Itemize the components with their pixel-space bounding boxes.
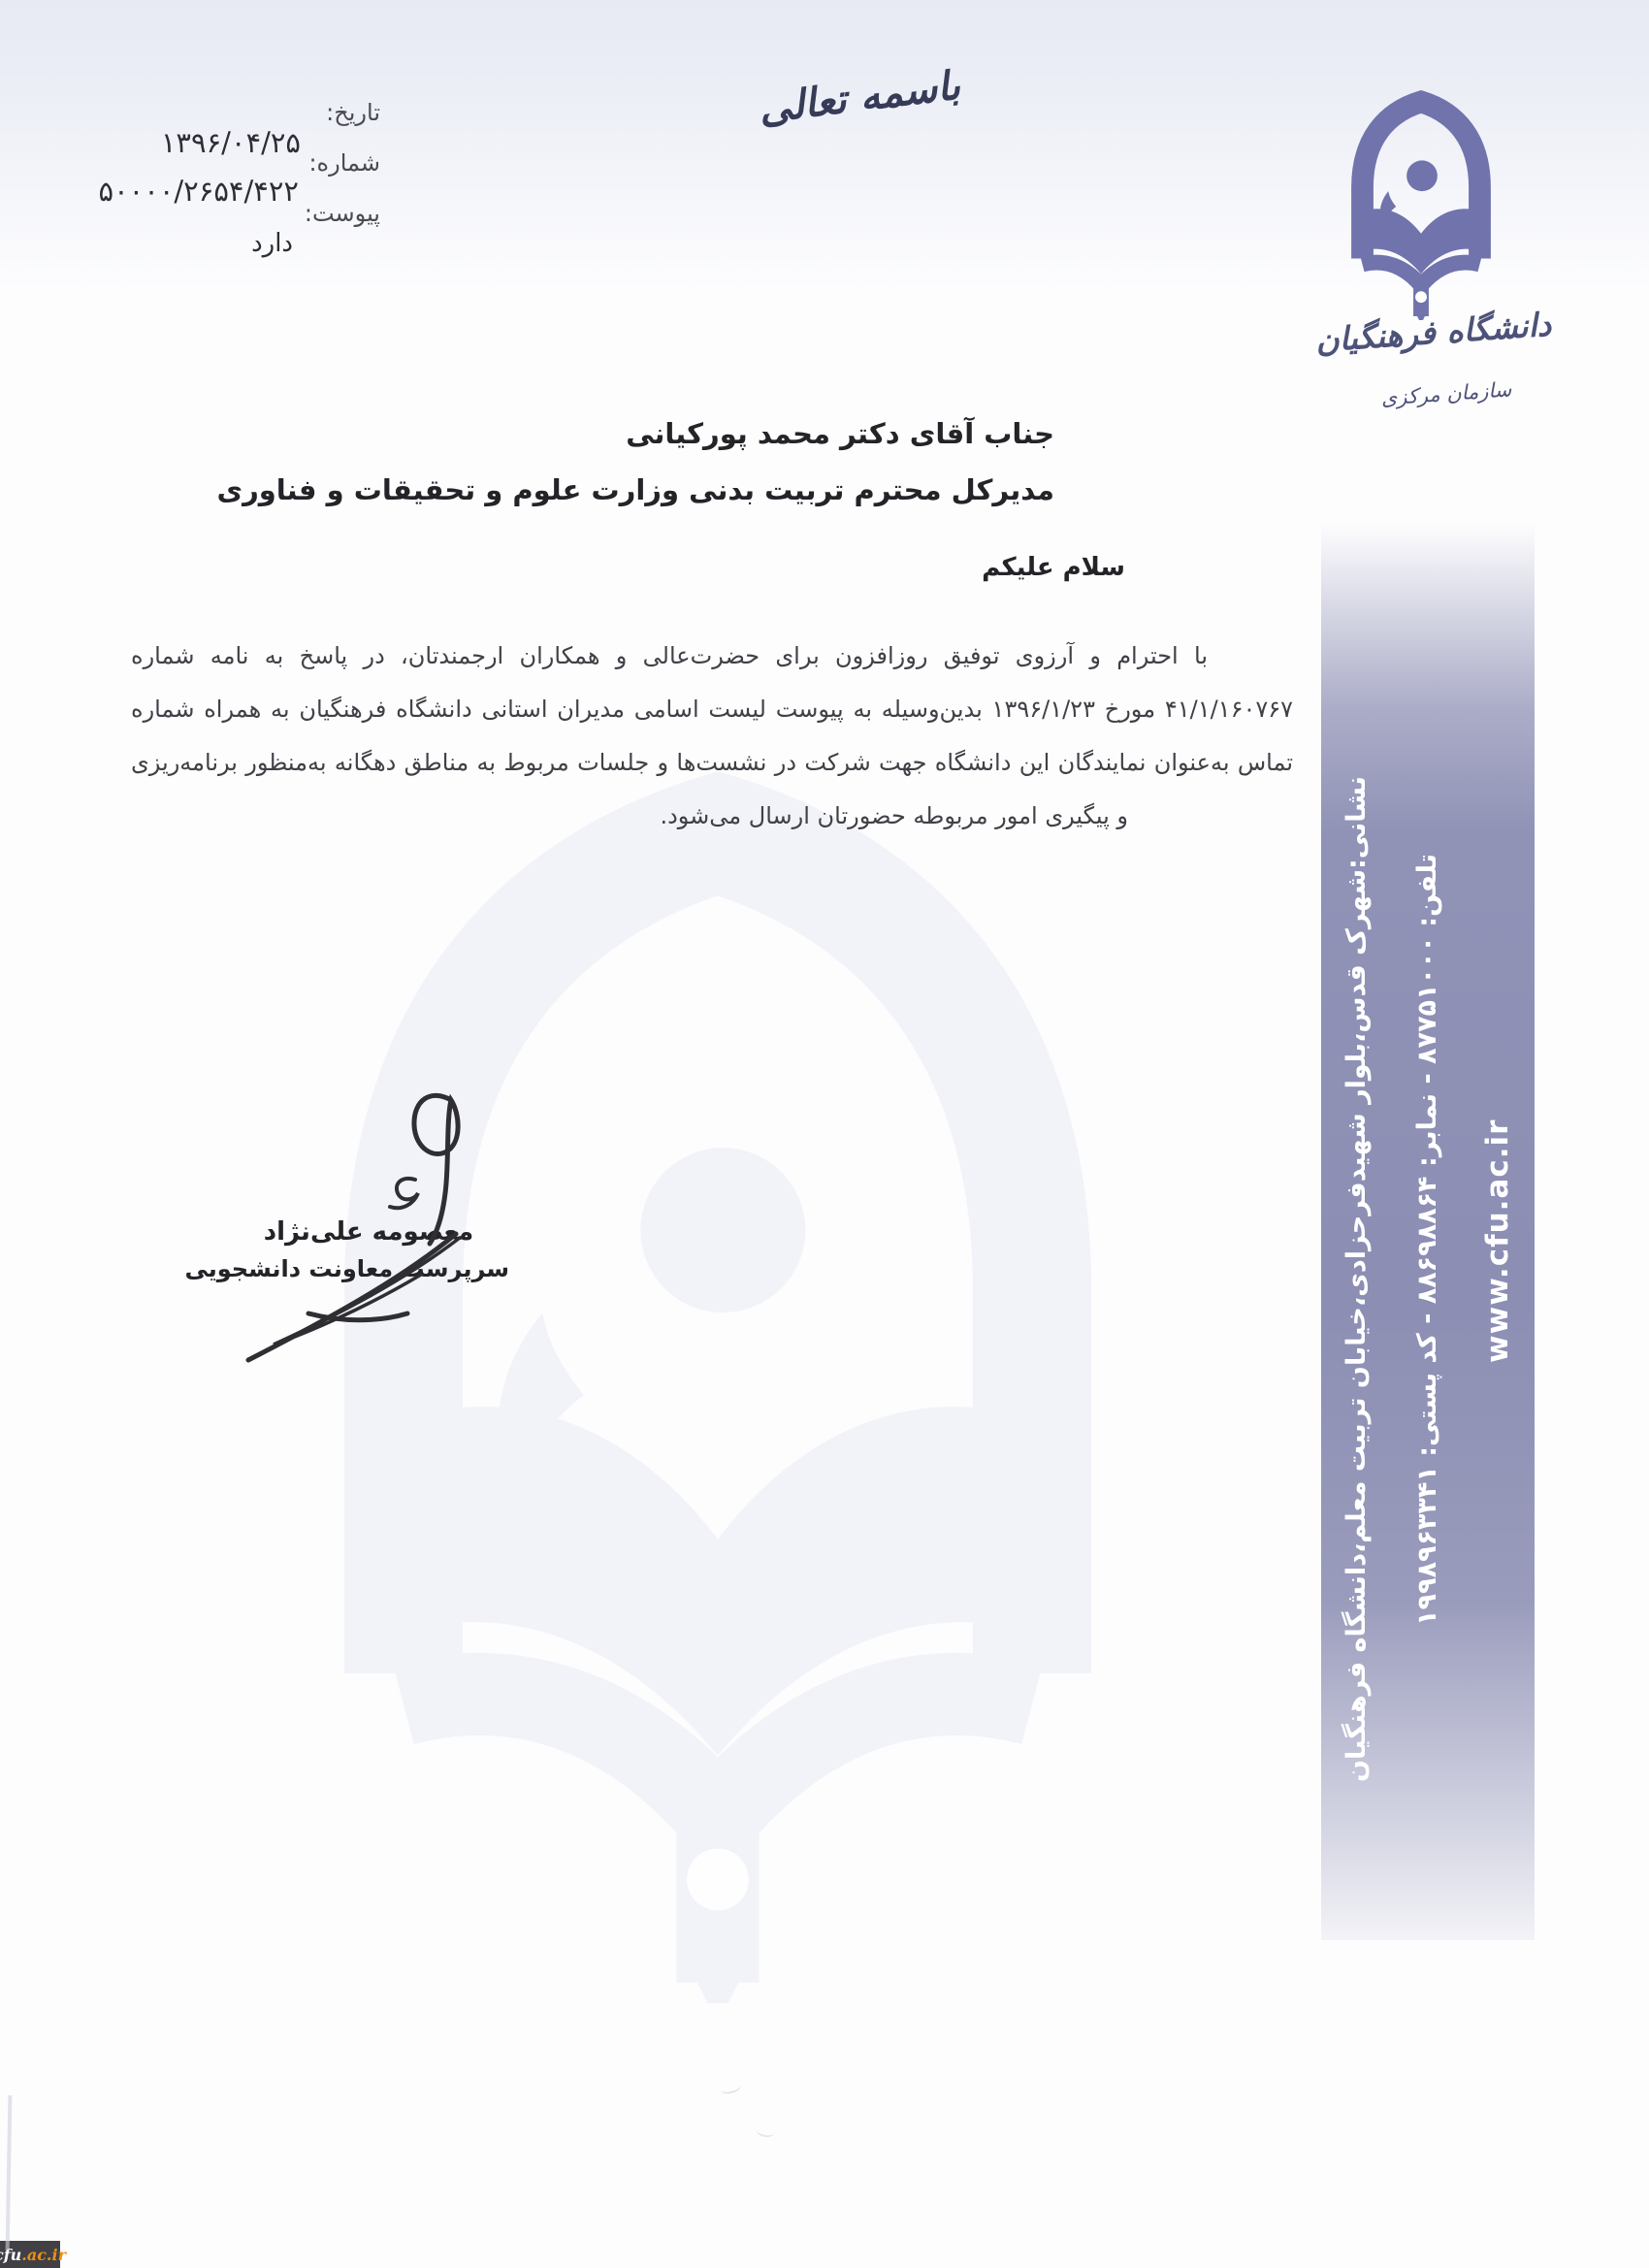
sidebar-phone-fax: تلفن: ۸۷۷۵۱۰۰۰ - نمابر: ۸۸۶۹۸۸۶۴ - کد پس…: [1392, 543, 1463, 1921]
body-line: ۴۱/۱/۱۶۰۷۶۷ مورخ ۱۳۹۶/۱/۲۳ بدین‌وسیله به…: [131, 686, 1293, 732]
body-line: و پیگیری امور مربوطه حضورتان ارسال می‌شو…: [131, 793, 1293, 839]
scanned-letter-page: تاریخ: ۱۳۹۶/۰۴/۲۵ شماره: ۵۰۰۰۰/۲۶۵۴/۴۲۲ …: [0, 0, 1649, 2268]
number-label: شماره:: [308, 149, 380, 177]
recipient-name-line: جناب آقای دکتر محمد پورکیانی: [626, 417, 1054, 450]
university-org-sub: سازمان مرکزی: [1374, 377, 1517, 410]
handwritten-signature-icon: [215, 1085, 535, 1376]
scan-artifact: [6, 2095, 13, 2251]
number-value: ۵۰۰۰۰/۲۶۵۴/۴۲۲: [99, 175, 299, 208]
footer-domain-prefix: cfu: [0, 2246, 21, 2264]
footer-domain-suffix: .ac.ir: [21, 2246, 66, 2264]
body-line: تماس به‌عنوان نمایندگان این دانشگاه جهت …: [131, 739, 1293, 786]
scan-artifact: [719, 2080, 742, 2096]
university-logo-icon: [1342, 89, 1500, 320]
date-label: تاریخ:: [326, 99, 380, 126]
sidebar-band-text: نشانی:شهرک قدس،بلوار شهیدفرحزادی،خیابان …: [1321, 543, 1535, 1921]
salutation: سلام علیکم: [982, 553, 1125, 582]
body-line: با احترام و آرزوی توفیق روزافزون برای حض…: [131, 632, 1293, 679]
attachment-label: پیوست:: [305, 200, 380, 227]
date-value: ۱۳۹۶/۰۴/۲۵: [161, 126, 301, 159]
sidebar-address: نشانی:شهرک قدس،بلوار شهیدفرحزادی،خیابان …: [1321, 543, 1392, 1921]
sidebar-website: www.cfu.ac.ir: [1463, 543, 1534, 1921]
watermark-university-logo-icon: [306, 766, 1130, 2003]
attachment-value: دارد: [251, 229, 293, 258]
recipient-title-line: مدیرکل محترم تربیت بدنی وزارت علوم و تحق…: [216, 473, 1054, 506]
scan-artifact: [756, 2125, 775, 2139]
